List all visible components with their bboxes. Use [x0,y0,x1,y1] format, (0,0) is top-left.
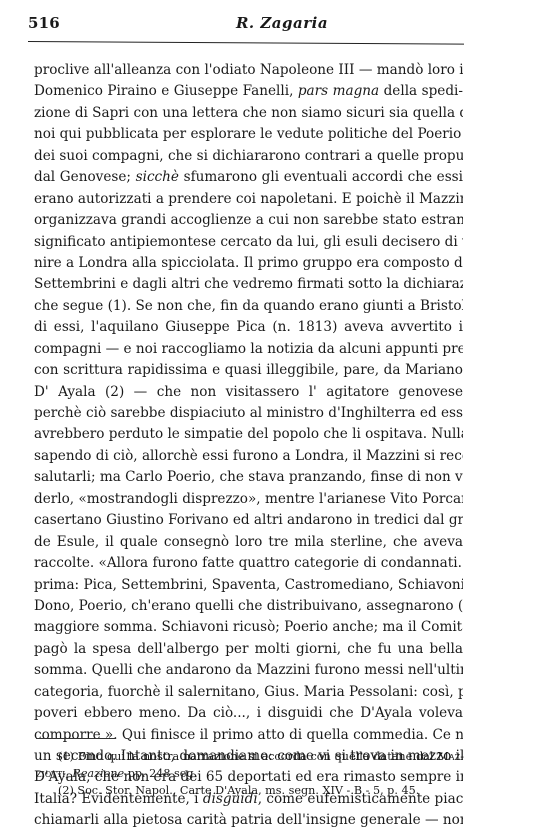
text-line: somma. Quelli che andarono da Mazzini fu… [34,660,463,681]
text-line: compagni — e noi raccogliamo la notizia … [34,339,463,360]
text-line: noi qui pubblicata per esplorare le vedu… [34,124,463,145]
footnote-author: Maz- [437,750,464,763]
text-line: Settembrini e dagli altri che vedremo fi… [34,274,463,295]
text-line: derlo, «mostrandogli disprezzo», mentre … [34,489,463,510]
header-rule [28,41,464,45]
text-line: perchè ciò sarebbe dispiaciuto al minist… [34,403,463,424]
footnote-text: pp. 248 seg. [124,767,197,780]
footnote-2: (2) Soc. Stor. Napol., Carte D'Ayala, ms… [36,782,464,799]
footnote-rule [36,738,116,739]
text-line: Dono, Poerio, ch'erano quelli che distri… [34,596,463,617]
text-line-part: sfumarono gli eventuali accordi che essi [179,169,463,185]
text-line: proclive all'alleanza con l'odiato Napol… [34,60,463,81]
footnote-text: (1) Fino qui la nostra narrazione si acc… [58,750,437,763]
text-line: di essi, l'aquilano Giuseppe Pica (n. 18… [34,317,463,338]
text-line: avrebbero perduto le simpatie del popolo… [34,424,463,445]
text-line: che segue (1). Se non che, fin da quando… [34,296,463,317]
footnotes: (1) Fino qui la nostra narrazione si acc… [36,748,464,799]
text-line-part: Domenico Piraino e Giuseppe Fanelli, [34,83,298,99]
body-text: proclive all'alleanza con l'odiato Napol… [34,60,463,831]
text-line: chiamarli alla pietosa carità patria del… [34,810,463,831]
footnote-author: ziotti [36,767,65,780]
text-line-part: dal Genovese; [34,169,136,185]
text-line: dal Genovese; sicchè sfumarono gli event… [34,167,463,188]
text-line: con scrittura rapidissima e quasi illegg… [34,360,463,381]
footnote-title: Reazione [72,767,124,780]
running-head: R. Zagaria [0,14,550,32]
footnote-1-continued: ziotti, Reazione pp. 248 seg. [36,765,464,782]
text-line: raccolte. «Allora furono fatte quattro c… [34,553,463,574]
text-line: nire a Londra alla spicciolata. Il primo… [34,253,463,274]
text-line: D' Ayala (2) — che non visitassero l' ag… [34,382,463,403]
text-line: dei suoi compagni, che si dichiararono c… [34,146,463,167]
text-line: organizzava grandi accoglienze a cui non… [34,210,463,231]
footnote-1: (1) Fino qui la nostra narrazione si acc… [36,748,464,765]
text-line: significato antipiemontese cercato da lu… [34,232,463,253]
italic-phrase: pars magna [298,83,379,99]
book-page: 516 R. Zagaria proclive all'alleanza con… [0,0,550,831]
text-line: prima: Pica, Settembrini, Spaventa, Cast… [34,575,463,596]
text-line: de Esule, il quale consegnò loro tre mil… [34,532,463,553]
text-line: poveri ebbero meno. Da ciò..., i disguid… [34,703,463,724]
text-line: erano autorizzati a prendere coi napolet… [34,189,463,210]
text-line: sapendo di ciò, allorchè essi furono a L… [34,446,463,467]
italic-phrase: sicchè [136,169,179,185]
text-line: casertano Giustino Forivano ed altri and… [34,510,463,531]
text-line: comporre ». Qui finisce il primo atto di… [34,725,463,746]
text-line: categoria, fuorchè il salernitano, Gius.… [34,682,463,703]
text-line-part: della spedi- [379,83,463,99]
text-line: zione di Sapri con una lettera che non s… [34,103,463,124]
text-line: pagò la spesa dell'albergo per molti gio… [34,639,463,660]
text-line: salutarli; ma Carlo Poerio, che stava pr… [34,467,463,488]
text-line: Domenico Piraino e Giuseppe Fanelli, par… [34,81,463,102]
text-line: maggiore somma. Schiavoni ricusò; Poerio… [34,617,463,638]
